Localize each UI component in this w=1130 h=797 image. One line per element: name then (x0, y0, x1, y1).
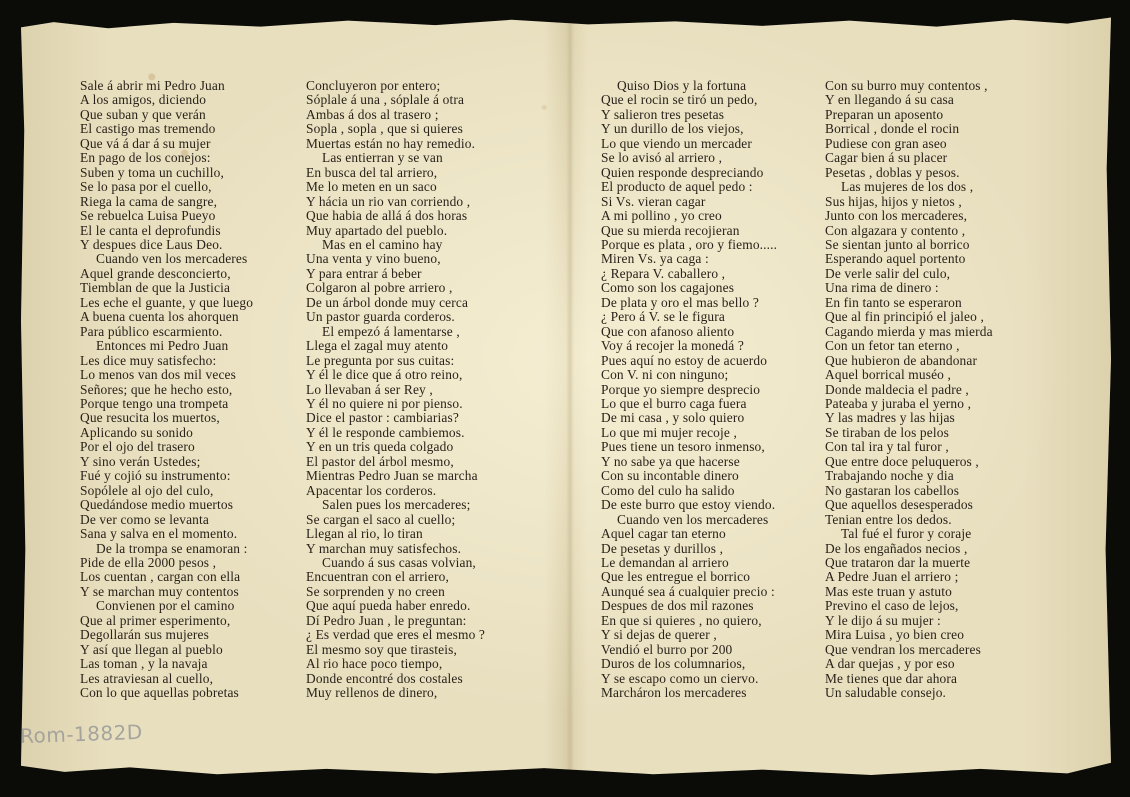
verse-line: Y hácia un rio van corriendo , (306, 195, 485, 209)
verse-line: Pateaba y juraba el yerno , (825, 397, 993, 411)
verse-line: Los cuentan , cargan con ella (80, 570, 253, 584)
verse-line: De plata y oro el mas bello ? (601, 296, 777, 310)
verse-line: Sale á abrir mi Pedro Juan (80, 79, 253, 93)
verse-line: A mi pollino , yo creo (601, 209, 777, 223)
verse-line: Con su incontable dinero (601, 469, 777, 483)
verse-line: Que hubieron de abandonar (825, 354, 993, 368)
verse-line: Colgaron al pobre arriero , (306, 281, 485, 295)
verse-line: Pues tiene un tesoro inmenso, (601, 440, 777, 454)
verse-line: Apacentar los corderos. (306, 484, 485, 498)
verse-line: Como del culo ha salido (601, 484, 777, 498)
verse-line: Se cargan el saco al cuello; (306, 513, 485, 527)
verse-line: Cuando á sus casas volvian, (306, 556, 485, 570)
verse-line: Muy rellenos de dinero, (306, 686, 485, 700)
verse-line: Llegan al rio, lo tiran (306, 527, 485, 541)
verse-line: Y las madres y las hijas (825, 411, 993, 425)
verse-column-4: Con su burro muy contentos ,Y en llegand… (825, 79, 993, 700)
verse-line: Lo que viendo un mercader (601, 137, 777, 151)
verse-line: Entonces mi Pedro Juan (80, 339, 253, 353)
verse-line: Que vendran los mercaderes (825, 643, 993, 657)
verse-line: Quien responde despreciando (601, 166, 777, 180)
verse-line: Y él no quiere ni por pienso. (306, 397, 485, 411)
verse-line: Y en un tris queda colgado (306, 440, 485, 454)
verse-line: Que aquellos desesperados (825, 498, 993, 512)
verse-line: Dice el pastor : cambiarias? (306, 411, 485, 425)
verse-line: Cuando ven los mercaderes (80, 252, 253, 266)
verse-line: Duros de los columnarios, (601, 657, 777, 671)
verse-line: Dí Pedro Juan , le preguntan: (306, 614, 485, 628)
verse-line: Y marchan muy satisfechos. (306, 542, 485, 556)
verse-line: Aquel borrical muséo , (825, 368, 993, 382)
verse-line: Y despues dice Laus Deo. (80, 238, 253, 252)
verse-line: De mi casa , y solo quiero (601, 411, 777, 425)
verse-line: Las toman , y la navaja (80, 657, 253, 671)
verse-line: Suben y toma un cuchillo, (80, 166, 253, 180)
verse-line: Pide de ella 2000 pesos , (80, 556, 253, 570)
center-fold-crease (566, 16, 574, 778)
verse-line: Vendió el burro por 200 (601, 643, 777, 657)
verse-line: Muertas están no hay remedio. (306, 137, 485, 151)
verse-line: El mesmo soy que tirasteis, (306, 643, 485, 657)
verse-line: Que resucita los muertos, (80, 411, 253, 425)
pencil-shelfmark: Rom-1882D (20, 720, 143, 748)
verse-line: Sana y salva en el momento. (80, 527, 253, 541)
verse-line: Se rebuelca Luisa Pueyo (80, 209, 253, 223)
verse-line: Aquel grande desconcierto, (80, 267, 253, 281)
verse-line: El empezó á lamentarse , (306, 325, 485, 339)
verse-line: Y en llegando á su casa (825, 93, 993, 107)
verse-line: Ambas á dos al trasero ; (306, 108, 485, 122)
verse-line: Me tienes que dar ahora (825, 672, 993, 686)
verse-line: El pastor del árbol mesmo, (306, 455, 485, 469)
verse-line: Que trataron dar la muerte (825, 556, 993, 570)
verse-line: Y él le responde cambiemos. (306, 426, 485, 440)
verse-line: Con algazara y contento , (825, 224, 993, 238)
verse-line: Voy á recojer la monedá ? (601, 339, 777, 353)
verse-line: A buena cuenta los ahorquen (80, 310, 253, 324)
verse-line: Al rio hace poco tiempo, (306, 657, 485, 671)
verse-line: ¿ Repara V. caballero , (601, 267, 777, 281)
verse-line: Que al fin principió el jaleo , (825, 310, 993, 324)
verse-line: De este burro que estoy viendo. (601, 498, 777, 512)
verse-line: Con tal ira y tal furor , (825, 440, 993, 454)
verse-line: Me lo meten en un saco (306, 180, 485, 194)
verse-line: Un pastor guarda corderos. (306, 310, 485, 324)
verse-line: Por el ojo del trasero (80, 440, 253, 454)
verse-line: Que aquí pueda haber enredo. (306, 599, 485, 613)
verse-line: Se tiraban de los pelos (825, 426, 993, 440)
verse-line: Que con afanoso aliento (601, 325, 777, 339)
verse-line: Degollarán sus mujeres (80, 628, 253, 642)
verse-line: Junto con los mercaderes, (825, 209, 993, 223)
verse-line: Las mujeres de los dos , (825, 180, 993, 194)
verse-line: Cagando mierda y mas mierda (825, 325, 993, 339)
verse-line: Que les entregue el borrico (601, 570, 777, 584)
verse-line: Aunqué sea á cualquier precio : (601, 585, 777, 599)
verse-line: Y si dejas de querer , (601, 628, 777, 642)
verse-line: Mas en el camino hay (306, 238, 485, 252)
verse-line: Mientras Pedro Juan se marcha (306, 469, 485, 483)
verse-line: A Pedre Juan el arriero ; (825, 570, 993, 584)
verse-line: Donde maldecia el padre , (825, 383, 993, 397)
verse-line: El producto de aquel pedo : (601, 180, 777, 194)
verse-line: Se lo pasa por el cuello, (80, 180, 253, 194)
verse-line: Que al primer esperimento, (80, 614, 253, 628)
verse-line: Con su burro muy contentos , (825, 79, 993, 93)
verse-line: Tiemblan de que la Justicia (80, 281, 253, 295)
verse-line: Llega el zagal muy atento (306, 339, 485, 353)
verse-line: Les atraviesan al cuello, (80, 672, 253, 686)
verse-line: Esperando aquel portento (825, 252, 993, 266)
verse-column-2: Concluyeron por entero;Sóplale á una , s… (306, 79, 485, 700)
verse-line: Trabajando noche y dia (825, 469, 993, 483)
verse-line: Las entierran y se van (306, 151, 485, 165)
verse-line: De un árbol donde muy cerca (306, 296, 485, 310)
verse-line: Pudiese con gran aseo (825, 137, 993, 151)
verse-line: En fin tanto se esperaron (825, 296, 993, 310)
verse-line: Porque es plata , oro y fiemo..... (601, 238, 777, 252)
verse-line: Y le dijo á su mujer : (825, 614, 993, 628)
verse-line: Lo llevaban á ser Rey , (306, 383, 485, 397)
verse-line: Una venta y vino bueno, (306, 252, 485, 266)
verse-line: No gastaran los cabellos (825, 484, 993, 498)
verse-line: Sóplale á una , sóplale á otra (306, 93, 485, 107)
verse-line: Un saludable consejo. (825, 686, 993, 700)
verse-line: El le canta el deprofundis (80, 224, 253, 238)
verse-line: Se sientan junto al borrico (825, 238, 993, 252)
verse-line: En pago de los conejos: (80, 151, 253, 165)
verse-line: De verle salir del culo, (825, 267, 993, 281)
verse-column-1: Sale á abrir mi Pedro JuanA los amigos, … (80, 79, 253, 700)
verse-line: Y salieron tres pesetas (601, 108, 777, 122)
verse-line: Muy apartado del pueblo. (306, 224, 485, 238)
verse-line: Pesetas , doblas y pesos. (825, 166, 993, 180)
verse-line: Tenian entre los dedos. (825, 513, 993, 527)
verse-line: ¿ Es verdad que eres el mesmo ? (306, 628, 485, 642)
verse-line: Y un durillo de los viejos, (601, 122, 777, 136)
verse-line: Cagar bien á su placer (825, 151, 993, 165)
verse-line: Lo que el burro caga fuera (601, 397, 777, 411)
verse-line: Le demandan al arriero (601, 556, 777, 570)
verse-line: Borrical , donde el rocin (825, 122, 993, 136)
verse-line: Quedándose medio muertos (80, 498, 253, 512)
verse-line: Lo que mi mujer recoje , (601, 426, 777, 440)
verse-line: Aplicando su sonido (80, 426, 253, 440)
verse-line: Con V. ni con ninguno; (601, 368, 777, 382)
verse-line: Lo menos van dos mil veces (80, 368, 253, 382)
verse-line: Despues de dos mil razones (601, 599, 777, 613)
verse-line: Se sorprenden y no creen (306, 585, 485, 599)
verse-line: Señores; que he hecho esto, (80, 383, 253, 397)
verse-line: Si Vs. vieran cagar (601, 195, 777, 209)
verse-line: Porque yo siempre desprecio (601, 383, 777, 397)
verse-line: Porque tengo una trompeta (80, 397, 253, 411)
verse-line: Salen pues los mercaderes; (306, 498, 485, 512)
verse-line: Y sino verán Ustedes; (80, 455, 253, 469)
verse-line: ¿ Pero á V. se le figura (601, 310, 777, 324)
verse-line: Sopólele al ojo del culo, (80, 484, 253, 498)
verse-line: Marcháron los mercaderes (601, 686, 777, 700)
verse-line: En que si quieres , no quiero, (601, 614, 777, 628)
verse-line: Y para entrar á beber (306, 267, 485, 281)
verse-line: Quiso Dios y la fortuna (601, 79, 777, 93)
verse-line: Y no sabe ya que hacerse (601, 455, 777, 469)
verse-line: Y se escapo como un ciervo. (601, 672, 777, 686)
verse-line: Con lo que aquellas pobretas (80, 686, 253, 700)
verse-line: Que habia de allá á dos horas (306, 209, 485, 223)
verse-column-3: Quiso Dios y la fortunaQue el rocin se t… (601, 79, 777, 700)
verse-line: Sopla , sopla , que si quieres (306, 122, 485, 136)
verse-line: Aquel cagar tan eterno (601, 527, 777, 541)
verse-line: Para público escarmiento. (80, 325, 253, 339)
verse-line: Que el rocin se tiró un pedo, (601, 93, 777, 107)
verse-line: Mas este truan y astuto (825, 585, 993, 599)
verse-line: Que entre doce peluqueros , (825, 455, 993, 469)
verse-line: Y así que llegan al pueblo (80, 643, 253, 657)
verse-line: Mira Luisa , yo bien creo (825, 628, 993, 642)
verse-line: El castigo mas tremendo (80, 122, 253, 136)
verse-line: A los amigos, diciendo (80, 93, 253, 107)
verse-line: Cuando ven los mercaderes (601, 513, 777, 527)
verse-line: Que vá á dar á su mujer (80, 137, 253, 151)
verse-line: Les eche el guante, y que luego (80, 296, 253, 310)
verse-line: Tal fué el furor y coraje (825, 527, 993, 541)
verse-line: Sus hijas, hijos y nietos , (825, 195, 993, 209)
verse-line: Concluyeron por entero; (306, 79, 485, 93)
verse-line: Y él le dice que á otro reino, (306, 368, 485, 382)
verse-line: De la trompa se enamoran : (80, 542, 253, 556)
verse-line: Que su mierda recojieran (601, 224, 777, 238)
verse-line: Encuentran con el arriero, (306, 570, 485, 584)
verse-line: De los engañados necios , (825, 542, 993, 556)
verse-line: Preparan un aposento (825, 108, 993, 122)
verse-line: Con un fetor tan eterno , (825, 339, 993, 353)
verse-line: Riega la cama de sangre, (80, 195, 253, 209)
verse-line: Fué y cojió su instrumento: (80, 469, 253, 483)
verse-line: Pues aquí no estoy de acuerdo (601, 354, 777, 368)
verse-line: Donde encontré dos costales (306, 672, 485, 686)
verse-line: Miren Vs. ya caga : (601, 252, 777, 266)
verse-line: Previno el caso de lejos, (825, 599, 993, 613)
verse-line: De pesetas y durillos , (601, 542, 777, 556)
verse-line: De ver como se levanta (80, 513, 253, 527)
verse-line: Les dice muy satisfecho: (80, 354, 253, 368)
verse-line: Que suban y que verán (80, 108, 253, 122)
verse-line: Como son los cagajones (601, 281, 777, 295)
verse-line: Se lo avisó al arriero , (601, 151, 777, 165)
verse-line: Le pregunta por sus cuitas: (306, 354, 485, 368)
verse-line: En busca del tal arriero, (306, 166, 485, 180)
verse-line: Una rima de dinero : (825, 281, 993, 295)
verse-line: Y se marchan muy contentos (80, 585, 253, 599)
verse-line: Convienen por el camino (80, 599, 253, 613)
verse-line: A dar quejas , y por eso (825, 657, 993, 671)
